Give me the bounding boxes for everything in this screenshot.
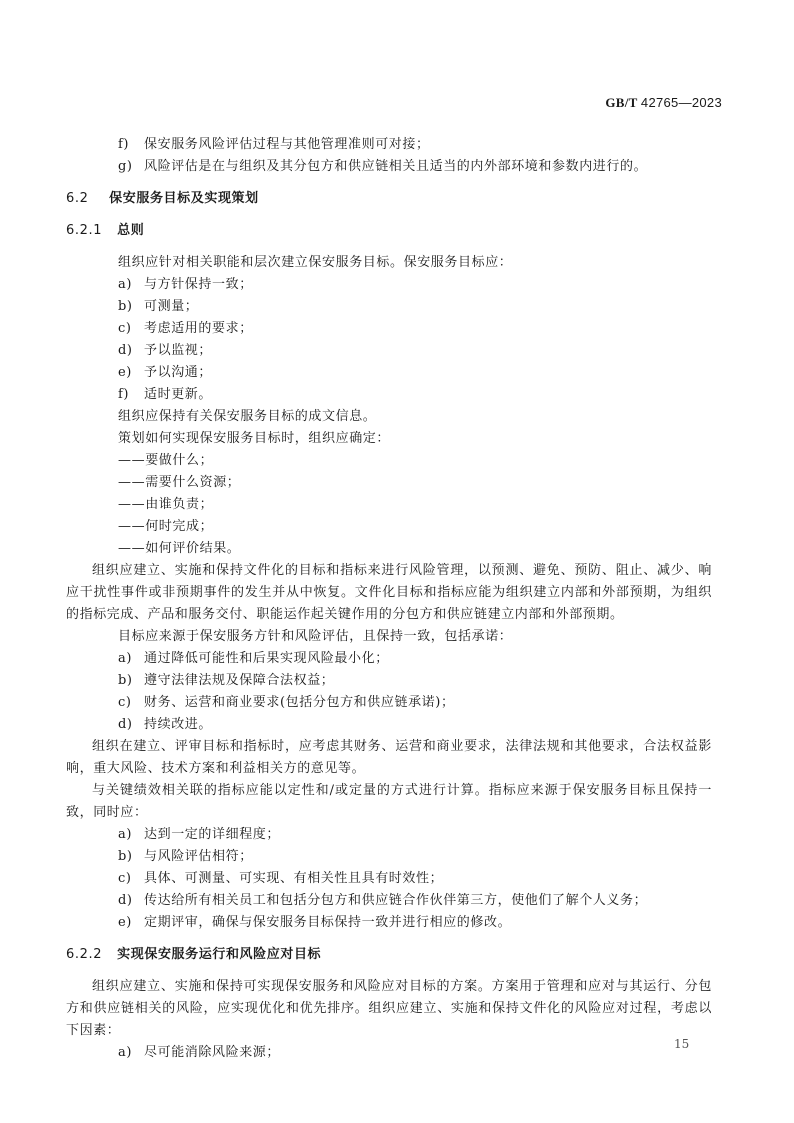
- paragraph: 组织在建立、评审目标和指标时，应考虑其财务、运营和商业要求，法律法规和其他要求，…: [66, 736, 712, 780]
- list-item: b)与风险评估相符；: [92, 846, 712, 868]
- standard-prefix: GB/T: [605, 95, 637, 110]
- dash-item: ——何时完成；: [92, 516, 712, 538]
- dash-item: ——由谁负责；: [92, 494, 712, 516]
- paragraph: 与关键绩效相关联的指标应能以定性和/或定量的方式进行计算。指标应来源于保安服务目…: [66, 780, 712, 824]
- section-heading-6-2: 6.2 保安服务目标及实现策划: [66, 188, 712, 210]
- list-item: f)适时更新。: [92, 384, 712, 406]
- list-item: d)持续改进。: [92, 714, 712, 736]
- list-item: a)通过降低可能性和后果实现风险最小化；: [92, 648, 712, 670]
- list-item: f) 保安服务风险评估过程与其他管理准则可对接；: [92, 134, 712, 156]
- page-content: f) 保安服务风险评估过程与其他管理准则可对接； g) 风险评估是在与组织及其分…: [92, 134, 712, 1064]
- list-item: e)予以沟通；: [92, 362, 712, 384]
- dash-item: ——需要什么资源；: [92, 472, 712, 494]
- dash-item: ——要做什么；: [92, 450, 712, 472]
- list-item: a)尽可能消除风险来源；: [92, 1042, 712, 1064]
- list-item: c)考虑适用的要求；: [92, 318, 712, 340]
- paragraph: 组织应建立、实施和保持文件化的目标和指标来进行风险管理，以预测、避免、预防、阻止…: [66, 560, 712, 626]
- paragraph: 策划如何实现保安服务目标时，组织应确定：: [92, 428, 712, 450]
- paragraph: 组织应保持有关保安服务目标的成文信息。: [92, 406, 712, 428]
- document-page: GB/T 42765—2023 f) 保安服务风险评估过程与其他管理准则可对接；…: [0, 0, 794, 1123]
- list-item: e)定期评审，确保与保安服务目标保持一致并进行相应的修改。: [92, 912, 712, 934]
- list-item: a)达到一定的详细程度；: [92, 824, 712, 846]
- standard-code: GB/T 42765—2023: [605, 95, 722, 111]
- list-item: c)财务、运营和商业要求(包括分包方和供应链承诺)；: [92, 692, 712, 714]
- list-item: b)遵守法律法规及保障合法权益；: [92, 670, 712, 692]
- paragraph: 组织应建立、实施和保持可实现保安服务和风险应对目标的方案。方案用于管理和应对与其…: [66, 976, 712, 1042]
- standard-number: 42765—2023: [641, 95, 722, 110]
- list-item: b)可测量；: [92, 296, 712, 318]
- page-number: 15: [674, 1037, 689, 1051]
- paragraph: 组织应针对相关职能和层次建立保安服务目标。保安服务目标应：: [92, 252, 712, 274]
- list-item: c)具体、可测量、可实现、有相关性且具有时效性；: [92, 868, 712, 890]
- list-item: d)予以监视；: [92, 340, 712, 362]
- list-item: g) 风险评估是在与组织及其分包方和供应链相关且适当的内外部环境和参数内进行的。: [92, 156, 712, 178]
- section-heading-6-2-2: 6.2.2 实现保安服务运行和风险应对目标: [66, 944, 712, 966]
- list-item: d)传达给所有相关员工和包括分包方和供应链合作伙伴第三方，使他们了解个人义务；: [92, 890, 712, 912]
- list-item: a)与方针保持一致；: [92, 274, 712, 296]
- dash-item: ——如何评价结果。: [92, 538, 712, 560]
- paragraph: 目标应来源于保安服务方针和风险评估，且保持一致，包括承诺：: [92, 626, 712, 648]
- section-heading-6-2-1: 6.2.1 总则: [66, 220, 712, 242]
